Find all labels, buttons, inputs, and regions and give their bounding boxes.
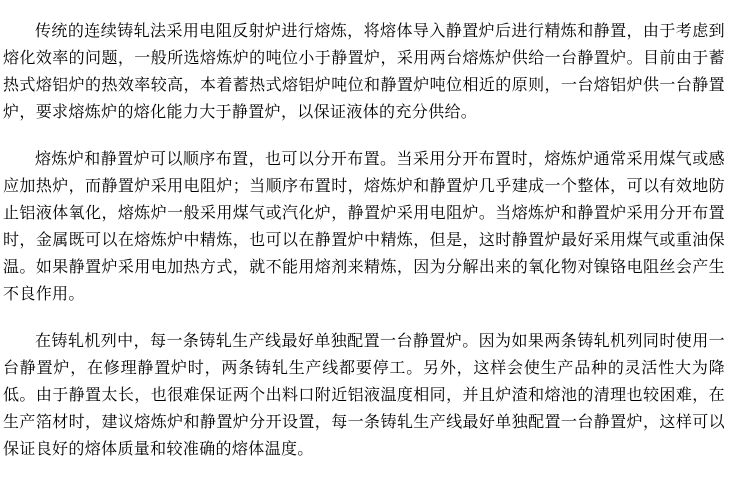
paragraph-furnace-arrangement: 熔炼炉和静置炉可以顺序布置，也可以分开布置。当采用分开布置时，熔炼炉通常采用煤气… bbox=[3, 145, 725, 307]
document-body: 传统的连续铸轧法采用电阻反射炉进行熔炼，将熔体导入静置炉后进行精炼和静置，由于考… bbox=[0, 0, 730, 498]
paragraph-melting-furnace-intro: 传统的连续铸轧法采用电阻反射炉进行熔炼，将熔体导入静置炉后进行精炼和静置，由于考… bbox=[3, 17, 725, 125]
paragraph-casting-line-configuration: 在铸轧机列中，每一条铸轧生产线最好单独配置一台静置炉。因为如果两条铸轧机列同时使… bbox=[3, 327, 725, 462]
document-page: { "page": { "background_color": "#ffffff… bbox=[0, 0, 730, 498]
